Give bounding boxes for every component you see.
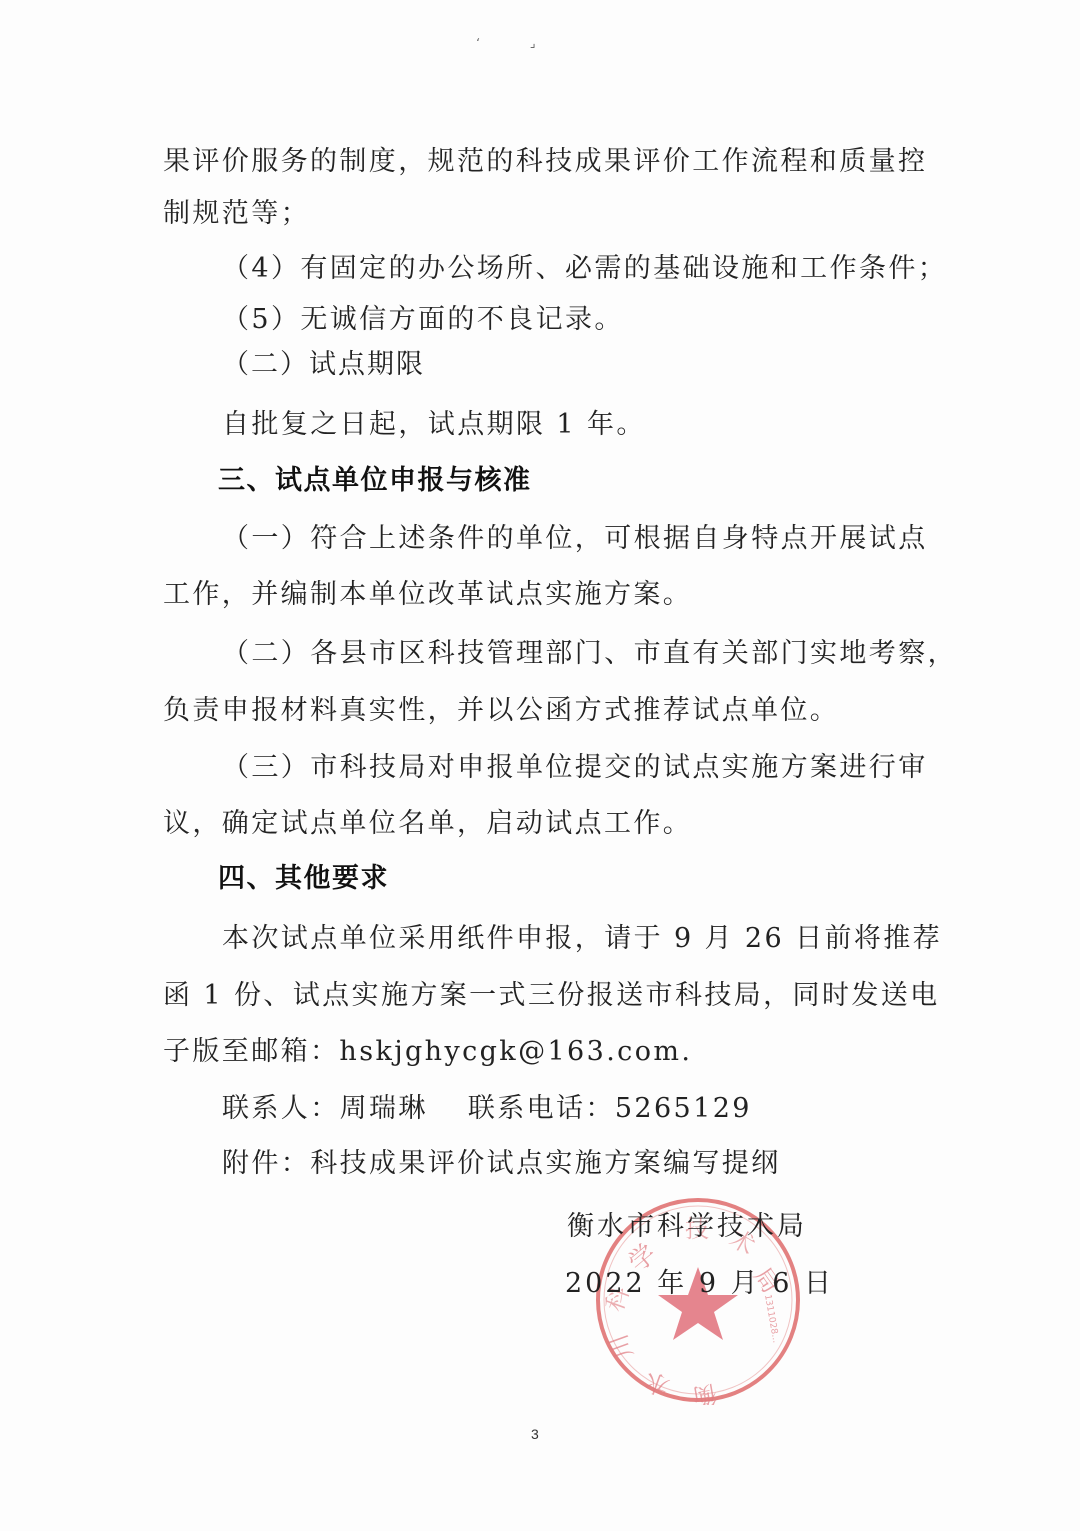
body-line: （二）各县市区科技管理部门、市直有关部门实地考察，	[222, 637, 957, 671]
attachment-line: 附件：科技成果评价试点实施方案编写提纲	[222, 1147, 781, 1181]
body-line: 工作，并编制本单位改革试点实施方案。	[163, 578, 692, 612]
section-heading-4: 四、其他要求	[218, 862, 389, 896]
svg-text:衡: 衡	[690, 1379, 718, 1405]
body-line: 议，确定试点单位名单，启动试点工作。	[163, 807, 692, 841]
contact-phone-label: 联系电话：	[468, 1093, 615, 1124]
attachment-label: 附件：	[222, 1148, 310, 1179]
body-line: 制规范等；	[163, 197, 310, 231]
body-line: 果评价服务的制度，规范的科技成果评价工作流程和质量控	[163, 145, 927, 179]
svg-text:1311028…: 1311028…	[762, 1294, 780, 1344]
scan-mark-right: ⌟	[530, 36, 586, 50]
scan-mark-left: ‘	[476, 36, 530, 50]
email-line: 子版至邮箱：hskjghycgk@163.com.	[163, 1035, 692, 1069]
body-line: 负责申报材料真实性，并以公函方式推荐试点单位。	[163, 694, 839, 728]
section-heading-3: 三、试点单位申报与核准	[218, 464, 532, 498]
contact-person: 周瑞琳	[340, 1093, 428, 1124]
attachment-title: 科技成果评价试点实施方案编写提纲	[310, 1148, 780, 1179]
svg-text:川: 川	[604, 1330, 639, 1362]
body-line: （三）市科技局对申报单位提交的试点实施方案进行审	[222, 751, 928, 785]
contact-line: 联系人：周瑞琳联系电话：5265129	[222, 1092, 752, 1126]
scan-marks: ‘⌟	[476, 36, 585, 50]
list-item-4: （4）有固定的办公场所、必需的基础设施和工作条件；	[222, 252, 947, 286]
body-line: 函 1 份、试点实施方案一式三份报送市科技局，同时发送电	[163, 979, 940, 1013]
page-number: 3	[531, 1426, 539, 1442]
body-line: 本次试点单位采用纸件申报，请于 9 月 26 日前将推荐	[222, 922, 942, 956]
document-page: ‘⌟ 果评价服务的制度，规范的科技成果评价工作流程和质量控 制规范等； （4）有…	[0, 0, 1080, 1531]
signature-date: 2022 年 9 月 6 日	[565, 1261, 834, 1300]
body-line: 自批复之日起，试点期限 1 年。	[222, 408, 646, 442]
body-line: （一）符合上述条件的单位，可根据自身特点开展试点	[222, 522, 928, 556]
list-item-5: （5）无诚信方面的不良记录。	[222, 303, 624, 337]
subheading-trial-period: （二）试点期限	[222, 348, 425, 382]
signature-org: 衡水市科学技术局	[567, 1204, 807, 1243]
contact-phone: 5265129	[615, 1093, 752, 1124]
contact-person-label: 联系人：	[222, 1093, 340, 1124]
